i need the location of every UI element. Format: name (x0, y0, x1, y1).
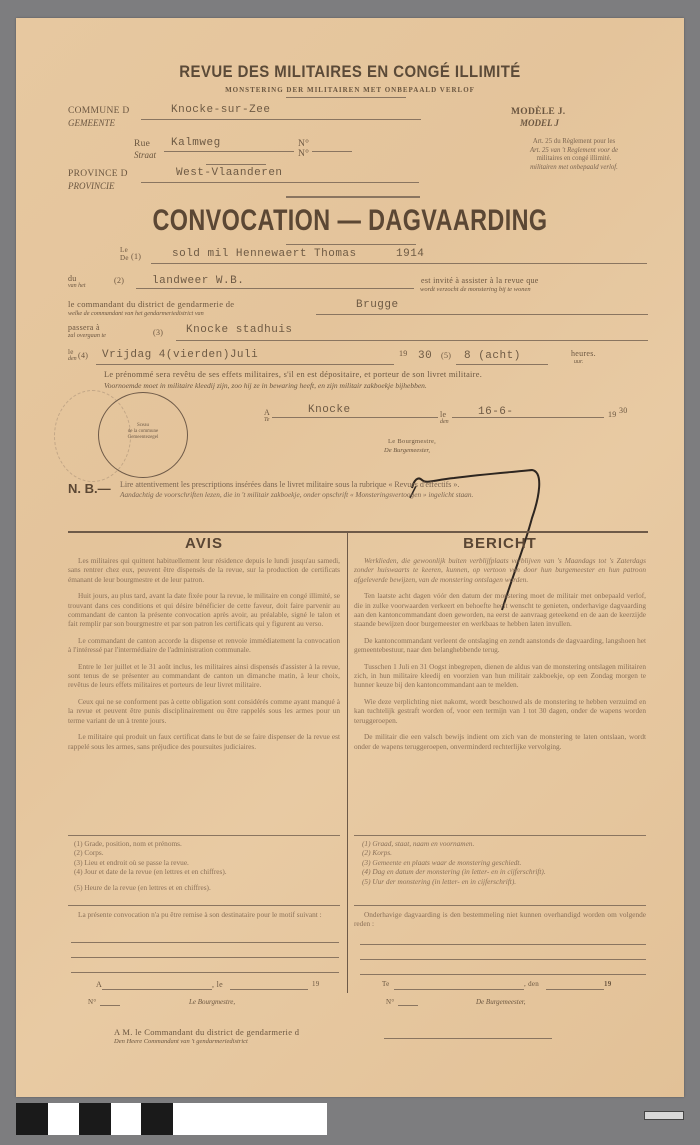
province-label-nl: PROVINCIE (68, 181, 115, 191)
calibration-black-swatch (79, 1103, 111, 1135)
avis-mayor-label: Le Bourgmestre, (189, 998, 235, 1006)
rue-label-nl: Straat (134, 150, 156, 160)
invited-text: est invité à assister à la revue que (421, 276, 539, 285)
avis-le-label: , le (212, 980, 223, 989)
mayor-label: Le Bourgmestre, (388, 438, 436, 445)
signed-year-prefix: 19 (608, 410, 617, 419)
ref-3: (3) (153, 328, 163, 337)
footnote: (5) Uur der monstering (in letter- en in… (362, 877, 646, 886)
rue-label: Rue (134, 139, 150, 149)
nb-text: Lire attentivement les prescriptions ins… (120, 480, 648, 490)
divider (68, 905, 340, 906)
column-divider (347, 531, 348, 993)
footnote: (5) Heure de la revue (en lettres et en … (74, 883, 340, 892)
no-label-nl: N° (298, 149, 309, 159)
signed-year-field[interactable]: 30 (619, 406, 628, 415)
bericht-paragraph: De militair die een valsch bewijs indien… (354, 732, 646, 751)
signed-place-field[interactable]: Knocke (308, 404, 351, 416)
bericht-title: BERICHT (354, 535, 646, 552)
undeliverable-text: Onderhavige dagvaarding is den bestemmel… (354, 910, 646, 929)
year-field[interactable]: 30 (418, 350, 432, 362)
bericht-date-line[interactable] (546, 989, 604, 990)
date-field[interactable]: Vrijdag 4(vierden)Juli (102, 349, 258, 361)
reason-line[interactable] (71, 942, 339, 943)
footnote: (4) Dag en datum der monstering (in lett… (362, 867, 646, 876)
reason-line[interactable] (360, 944, 646, 945)
field-underline (312, 151, 352, 152)
address-text-nl: Den Heere Commandant van 't gendarmeried… (114, 1038, 248, 1045)
district-field[interactable]: Brugge (356, 299, 399, 311)
bericht-no-line[interactable] (398, 1005, 418, 1006)
calibration-black-swatch (141, 1103, 173, 1135)
date-label: le (68, 348, 74, 356)
faded-stamp-icon (54, 390, 131, 482)
du-label: du (68, 274, 77, 283)
divider (68, 835, 340, 836)
field-underline (316, 314, 648, 315)
commandant-text: le commandant du district de gendarmerie… (68, 299, 234, 309)
footnote: (2) Corps. (74, 848, 340, 857)
calibration-black-swatch (16, 1103, 48, 1135)
bericht-paragraph: Tusschen 1 Juli en 31 Oogst inbegrepen, … (354, 662, 646, 690)
footnote: (1) Graad, staat, naam en voornamen. (362, 839, 646, 848)
year-prefix: 19 (399, 349, 408, 358)
bericht-den-label: , den (524, 980, 539, 988)
bericht-te-label: Te (382, 980, 390, 988)
convocation-title: CONVOCATION — DAGVAARDING (89, 204, 610, 238)
field-underline (136, 288, 414, 289)
soldier-class-year[interactable]: 1914 (396, 248, 424, 260)
divider (206, 164, 266, 165)
bericht-undeliverable: Onderhavige dagvaarding is den bestemmel… (354, 910, 646, 936)
province-field[interactable]: West-Vlaanderen (176, 167, 283, 179)
divider (286, 97, 406, 98)
notice-text: Le prénommé sera revêtu de ses effets mi… (104, 370, 482, 379)
footnote: (3) Gemeente en plaats waar de monsterin… (362, 858, 646, 867)
bericht-paragraph: Wie deze verplichting niet nakomt, wordt… (354, 697, 646, 725)
mayor-label-nl: De Burgemeester, (384, 447, 430, 454)
modele-label: MODÈLE J. (511, 107, 565, 117)
bericht-year-prefix: 19 (604, 980, 612, 988)
article-line: Art. 25 van 't Reglement voor de (494, 147, 654, 156)
undeliverable-text: La présente convocation n'a pu être remi… (68, 910, 340, 919)
reason-line[interactable] (71, 957, 339, 958)
uur-label: uur. (574, 359, 583, 365)
article-line: militaires en congé illimité. (494, 155, 654, 164)
place-field[interactable]: Knocke stadhuis (186, 324, 293, 336)
calibration-white-swatch (173, 1103, 327, 1135)
ref-4: (4) (78, 351, 88, 360)
model-label-nl: MODEL J (520, 118, 559, 128)
date-label-nl: den (68, 356, 77, 362)
article-line: Art. 25 du Règlement pour les (494, 138, 654, 147)
bericht-paragraph: Ten laatste acht dagen vóór den datum de… (354, 591, 646, 629)
avis-place-line[interactable] (102, 989, 212, 990)
avis-a-label: A (96, 980, 102, 989)
avis-column: AVIS Les militaires qui quittent habitue… (68, 535, 340, 758)
commandant-text-nl: welke de commandant van het gendarmeried… (68, 310, 204, 317)
avis-year-prefix: 19 (312, 980, 320, 988)
avis-no-line[interactable] (100, 1005, 120, 1006)
den-label: den (440, 419, 449, 425)
avis-paragraph: Le militaire qui produit un faux certifi… (68, 732, 340, 751)
le-signed-label: le (440, 410, 446, 419)
nb-label: N. B.— (68, 481, 111, 496)
heures-label: heures. (571, 349, 596, 358)
reason-line[interactable] (360, 974, 646, 975)
ref-2: (2) (114, 276, 124, 285)
te-label: Te (264, 417, 269, 423)
article-line: militairen met onbepaald verlof. (494, 164, 654, 173)
nb-text-nl: Aandachtig de voorschriften lezen, die i… (120, 490, 648, 500)
province-label: PROVINCE D (68, 169, 128, 179)
article-reference: Art. 25 du Règlement pour les Art. 25 va… (494, 138, 654, 172)
avis-paragraph: Huit jours, au plus tard, avant la date … (68, 591, 340, 629)
district-address-line[interactable] (384, 1038, 552, 1039)
reason-line[interactable] (360, 959, 646, 960)
avis-date-line[interactable] (230, 989, 308, 990)
document-paper: REVUE DES MILITAIRES EN CONGÉ ILLIMITÉ M… (16, 18, 684, 1097)
field-underline (456, 364, 548, 365)
avis-paragraph: Entre le 1er juillet et le 31 août inclu… (68, 662, 340, 690)
rue-field[interactable]: Kalmweg (171, 137, 221, 149)
field-underline (141, 119, 421, 120)
field-underline (176, 340, 648, 341)
bericht-place-line[interactable] (394, 989, 524, 990)
bericht-no-label: N° (386, 998, 394, 1006)
passera-label-nl: zal overgaan te (68, 332, 106, 339)
calibration-white-swatch (48, 1103, 79, 1135)
divider (354, 905, 646, 906)
calibration-white-swatch (111, 1103, 141, 1135)
avis-undeliverable: La présente convocation n'a pu être remi… (68, 910, 340, 926)
address-text: A M. le Commandant du district de gendar… (114, 1027, 299, 1037)
divider (286, 196, 420, 198)
commune-label-nl: GEMEENTE (68, 118, 115, 128)
divider (354, 835, 646, 836)
footnote: (2) Korps. (362, 848, 646, 857)
field-underline (96, 364, 394, 365)
commune-field[interactable]: Knocke-sur-Zee (171, 104, 270, 116)
bericht-footnotes: (1) Graad, staat, naam en voornamen. (2)… (362, 839, 646, 886)
soldier-name-field[interactable]: sold mil Hennewaert Thomas (172, 248, 357, 260)
document-subtitle: MONSTERING DER MILITAIREN MET ONBEPAALD … (16, 86, 684, 94)
footnote: (1) Grade, position, nom et prénoms. (74, 839, 340, 848)
le-label: Le (120, 246, 128, 254)
field-underline (272, 417, 438, 418)
avis-no-label: N° (88, 998, 96, 1006)
ref-5: (5) (441, 351, 451, 360)
a-label: A (264, 408, 270, 417)
footnote: (3) Lieu et endroit où se passe la revue… (74, 858, 340, 867)
section-divider (68, 531, 648, 533)
scale-bar-icon (644, 1111, 684, 1120)
bericht-paragraph: Werklieden, die gewoonlijk buiten verbli… (354, 556, 646, 584)
le-label-nl: De (120, 254, 129, 262)
du-label-nl: van het (68, 283, 86, 289)
hour-field[interactable]: 8 (acht) (464, 350, 521, 362)
avis-paragraph: Le commandant de canton accorde la dispe… (68, 636, 340, 655)
avis-footnotes: (1) Grade, position, nom et prénoms. (2)… (74, 839, 340, 892)
passera-label: passera à (68, 323, 100, 332)
avis-paragraph: Les militaires qui quittent habituelleme… (68, 556, 340, 584)
field-underline (151, 263, 647, 264)
bericht-column: BERICHT Werklieden, die gewoonlijk buite… (354, 535, 646, 758)
unit-field[interactable]: landweer W.B. (152, 275, 244, 287)
invited-text-nl: wordt verzocht de monstering bij te wone… (420, 286, 531, 293)
commune-label: COMMUNE D (68, 106, 130, 116)
footnote: (4) Jour et date de la revue (en lettres… (74, 867, 340, 876)
ref-1: (1) (131, 252, 141, 261)
notice-text-nl: Voornoemde moet in militaire kleedij zij… (104, 381, 427, 390)
field-underline (452, 417, 604, 418)
avis-title: AVIS (68, 535, 340, 552)
divider (286, 244, 416, 245)
bericht-mayor-label: De Burgemeester, (476, 998, 526, 1006)
field-underline (164, 151, 294, 152)
avis-paragraph: Ceux qui ne se conforment pas à cette ob… (68, 697, 340, 725)
document-title: REVUE DES MILITAIRES EN CONGÉ ILLIMITÉ (56, 62, 644, 82)
no-label: N° (298, 139, 309, 149)
field-underline (141, 182, 419, 183)
bericht-paragraph: De kantoncommandant verleent de ontslagi… (354, 636, 646, 655)
reason-line[interactable] (71, 972, 339, 973)
